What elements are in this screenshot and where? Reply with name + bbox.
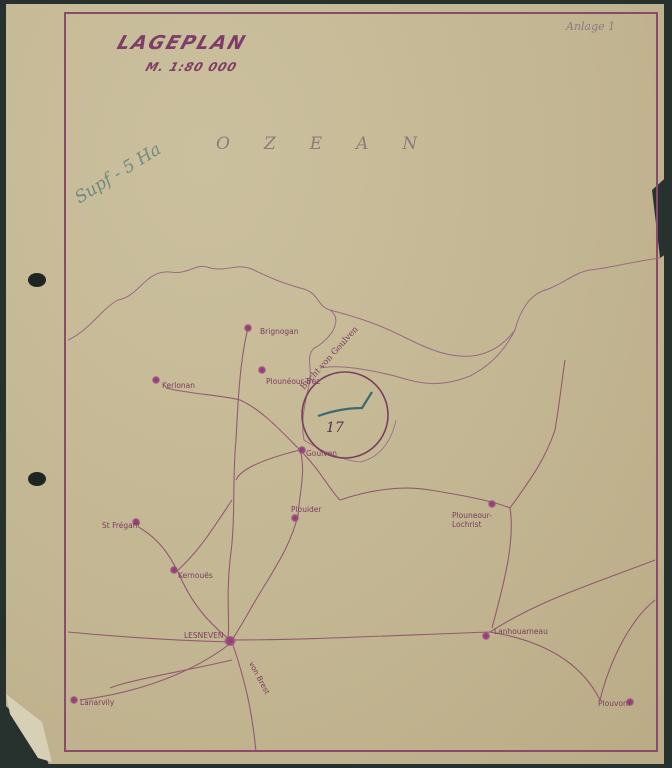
town-label: Brignogan xyxy=(260,327,299,336)
sea-label: OZEAN xyxy=(216,134,451,154)
town-marker-icon xyxy=(488,500,496,508)
map-drawing xyxy=(0,0,672,768)
town-label: Goulven xyxy=(306,449,337,458)
town-label: Kernouës xyxy=(178,571,213,580)
coastline xyxy=(68,266,336,440)
town-label: Lanarvily xyxy=(80,698,114,707)
town-label: St Frégant xyxy=(102,521,140,530)
town-marker-icon xyxy=(482,632,490,640)
town-marker-icon xyxy=(258,366,266,374)
town-marker-icon xyxy=(170,566,178,574)
town-marker-icon xyxy=(224,636,236,646)
town-marker-icon xyxy=(291,514,299,522)
annex-label: Anlage 1 xyxy=(566,20,615,33)
site-number: 17 xyxy=(326,420,344,436)
town-marker-icon xyxy=(244,324,252,332)
town-label: Plounéour-Trez xyxy=(266,377,320,386)
site-marker xyxy=(318,392,372,416)
town-label: Plouneour-Lochrist xyxy=(452,511,502,529)
town-label: Plouvorn xyxy=(598,699,631,708)
town-marker-icon xyxy=(70,696,78,704)
map-scale: M. 1:80 000 xyxy=(144,60,239,74)
town-label: Kerlonan xyxy=(162,381,195,390)
map-title: LAGEPLAN xyxy=(114,32,249,54)
town-label: LESNEVEN xyxy=(184,631,224,640)
town-label: Lanhouarneau xyxy=(494,627,548,636)
town-marker-icon xyxy=(298,446,306,454)
town-marker-icon xyxy=(152,376,160,384)
town-label: Plouider xyxy=(291,505,322,514)
